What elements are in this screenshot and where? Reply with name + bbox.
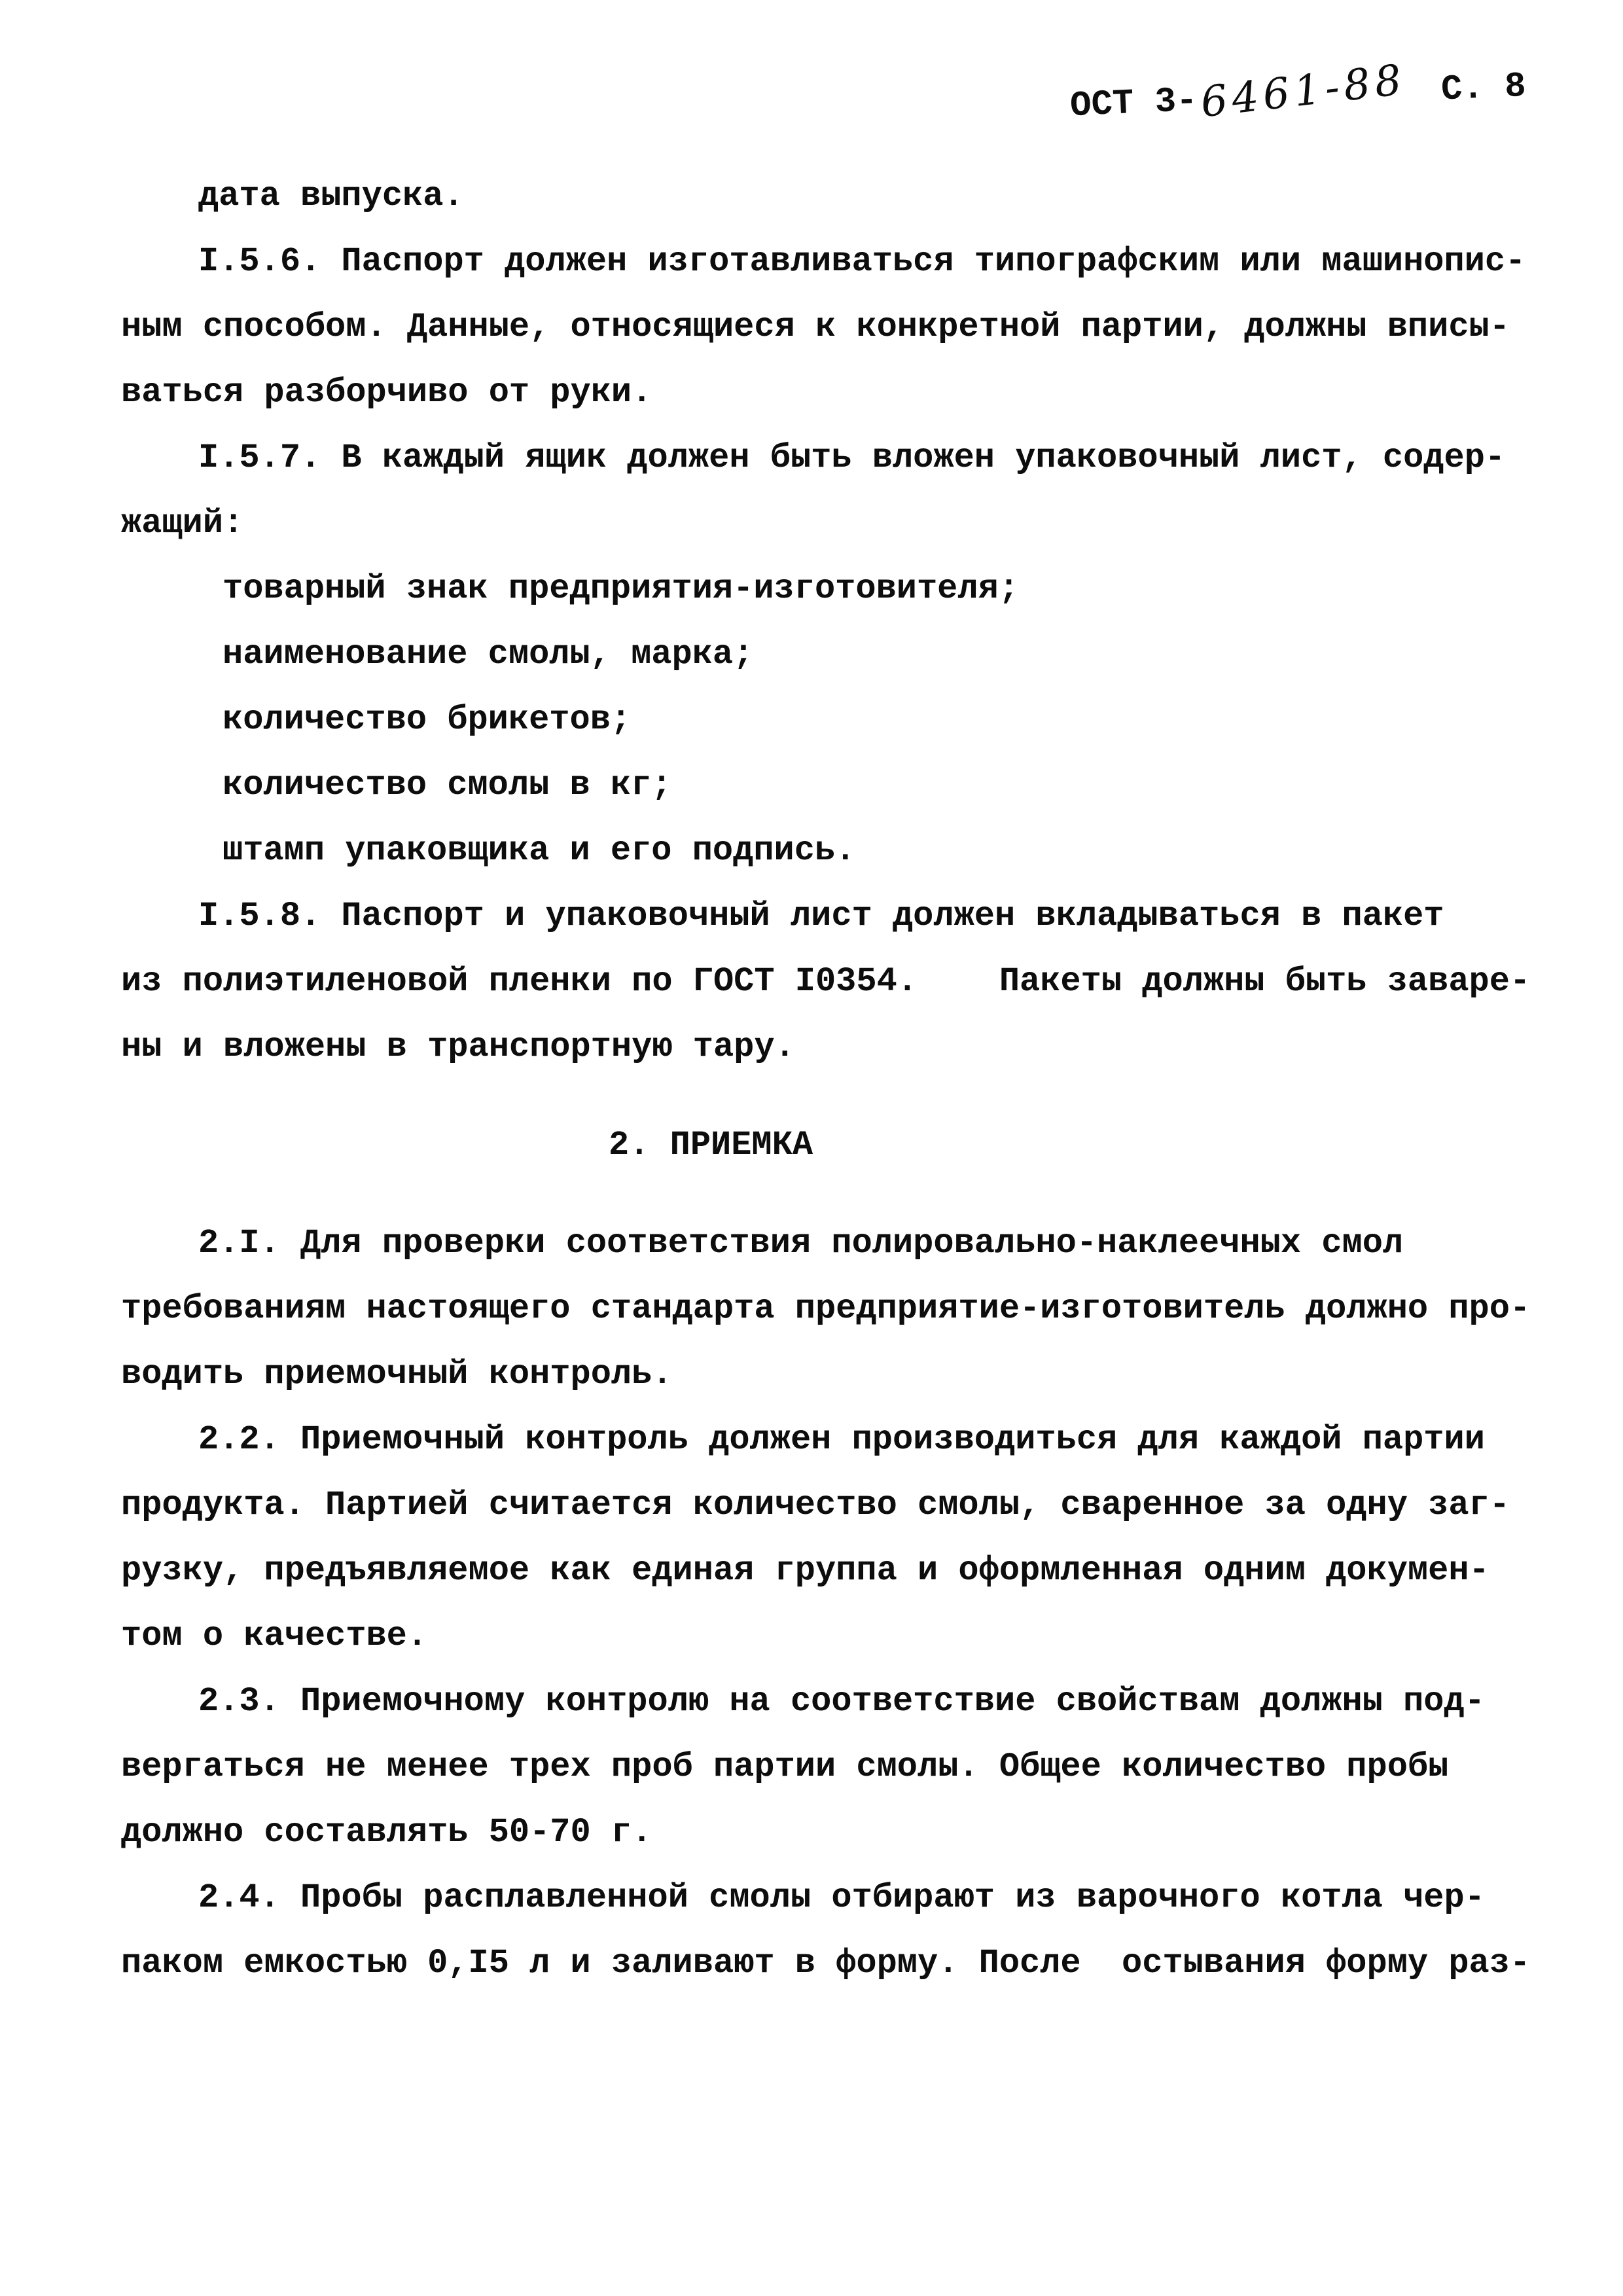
text-line: I.5.8. Паспорт и упаковочный лист должен…: [121, 884, 1535, 949]
text-line: из полиэтиленовой пленки по ГОСТ I0354. …: [121, 949, 1535, 1014]
text-line: 2.I. Для проверки соответствия полировал…: [121, 1211, 1535, 1276]
text-line: штамп упаковщика и его подпись.: [121, 818, 1535, 884]
text-line: I.5.6. Паспорт должен изготавливаться ти…: [121, 229, 1535, 295]
text-line: количество смолы в кг;: [121, 753, 1535, 818]
text-line: том о качестве.: [121, 1604, 1535, 1669]
page-number: С. 8: [1440, 67, 1527, 111]
text-line: паком емкостью 0,I5 л и заливают в форму…: [121, 1931, 1535, 1996]
text-line: количество брикетов;: [121, 687, 1535, 753]
text-line: продукта. Партией считается количество с…: [121, 1473, 1535, 1538]
text-line: вергаться не менее трех проб партии смол…: [121, 1734, 1535, 1800]
text-line: ны и вложены в транспортную тару.: [121, 1014, 1535, 1080]
text-line: водить приемочный контроль.: [121, 1342, 1535, 1407]
text-line: рузку, предъявляемое как единая группа и…: [121, 1538, 1535, 1604]
section-heading: 2. ПРИЕМКА: [121, 1113, 1535, 1178]
text-line: ным способом. Данные, относящиеся к конк…: [121, 295, 1535, 360]
text-line: ваться разборчиво от руки.: [121, 360, 1535, 425]
text-line: товарный знак предприятия-изготовителя;: [121, 556, 1535, 622]
document-page: ОСТ 3- 6461-88 С. 8 дата выпуска.I.5.6. …: [0, 0, 1623, 2296]
page-header: ОСТ 3- 6461-88 С. 8: [1069, 67, 1527, 126]
text-line: должно составлять 50-70 г.: [121, 1800, 1535, 1865]
document-body: дата выпуска.I.5.6. Паспорт должен изгот…: [121, 164, 1535, 1996]
standard-designation-prefix: ОСТ 3-: [1069, 82, 1198, 126]
text-line: требованиям настоящего стандарта предпри…: [121, 1276, 1535, 1342]
text-line: I.5.7. В каждый ящик должен быть вложен …: [121, 425, 1535, 491]
text-line: 2.4. Пробы расплавленной смолы отбирают …: [121, 1865, 1535, 1931]
text-line: наименование смолы, марка;: [121, 622, 1535, 687]
text-line: 2.2. Приемочный контроль должен производ…: [121, 1407, 1535, 1473]
text-line: 2.3. Приемочному контролю на соответстви…: [121, 1669, 1535, 1734]
text-line: дата выпуска.: [121, 164, 1535, 229]
standard-number-handwritten: 6461-88: [1199, 60, 1408, 122]
text-line: жащий:: [121, 491, 1535, 556]
